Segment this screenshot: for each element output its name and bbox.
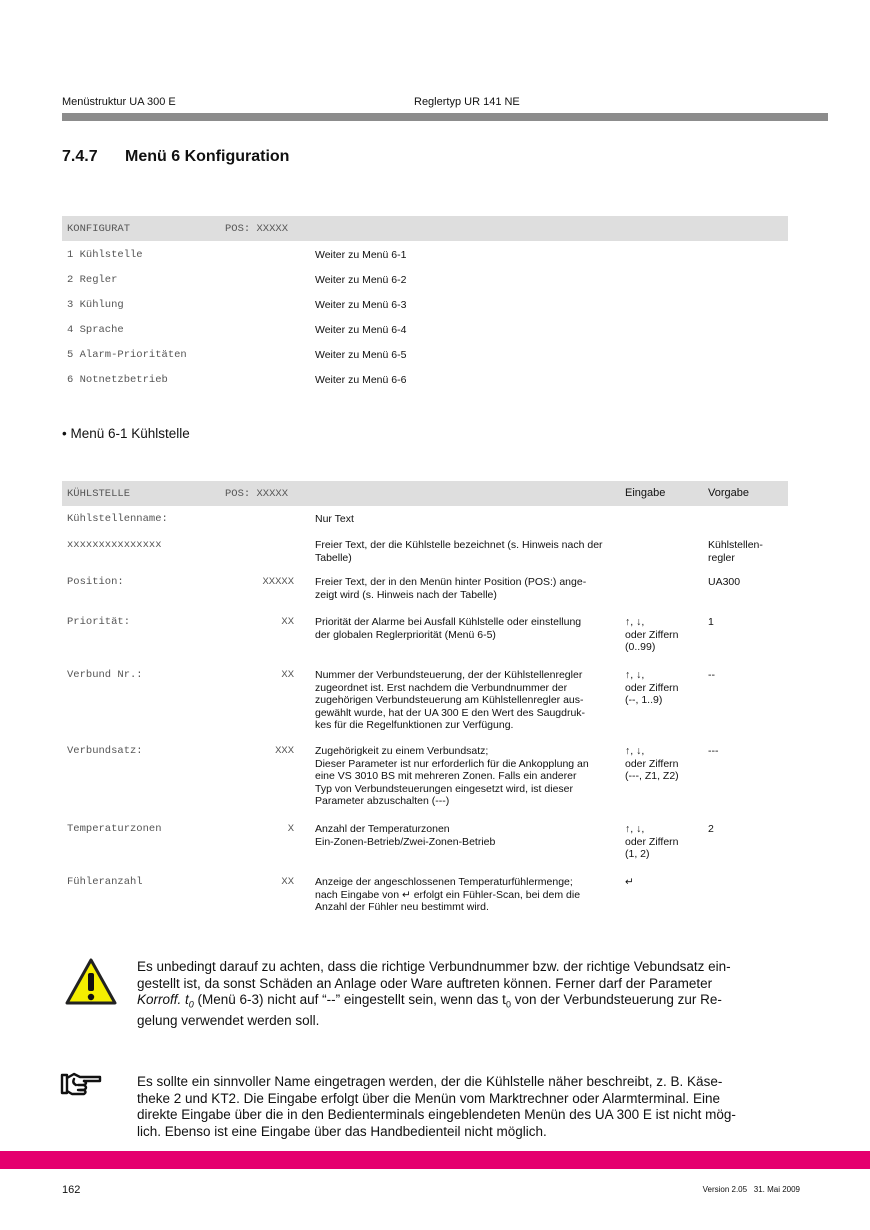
config-item-label: 2 Regler [67, 274, 117, 286]
parameter-name: Fühleranzahl [67, 876, 143, 888]
header-divider-bar [62, 113, 828, 121]
parameter-input-method: ↑, ↓, oder Ziffern (---, Z1, Z2) [625, 745, 679, 783]
parameter-name: Verbund Nr.: [67, 669, 143, 681]
parameter-description: Anzeige der angeschlossenen Temperaturfü… [315, 876, 615, 914]
submenu-heading: • Menü 6-1 Kühlstelle [62, 426, 190, 441]
config-header-name: KONFIGURAT [67, 223, 130, 235]
parameter-name-korroff: Korroff. t [137, 992, 189, 1007]
warning-line-3-text: (Menü 6-3) nicht auf “--” eingestellt se… [194, 992, 506, 1007]
config-item-action: Weiter zu Menü 6-5 [315, 349, 406, 362]
warning-line-3-end: von der Verbundsteuerung zur Re- [511, 992, 722, 1007]
parameter-name: Temperaturzonen [67, 823, 162, 835]
hint-note-text: Es sollte ein sinnvoller Name eingetrage… [137, 1074, 797, 1140]
footer-accent-bar [0, 1151, 870, 1169]
config-header-pos: POS: XXXXX [225, 223, 288, 235]
parameter-name: xxxxxxxxxxxxxxx [67, 539, 162, 551]
kuehlstelle-header-name: KÜHLSTELLE [67, 488, 130, 500]
parameter-default: -- [708, 669, 715, 682]
warning-triangle-icon [65, 958, 117, 1006]
parameter-name: Kühlstellenname: [67, 513, 168, 525]
parameter-input-method: ↑, ↓, oder Ziffern (1, 2) [625, 823, 679, 861]
page-number: 162 [62, 1184, 80, 1196]
parameter-default: 2 [708, 823, 714, 836]
parameter-description: Anzahl der Temperaturzonen Ein-Zonen-Bet… [315, 823, 615, 848]
config-item-label: 4 Sprache [67, 324, 124, 336]
parameter-default: Kühlstellen- regler [708, 539, 763, 564]
section-number: 7.4.7 [62, 148, 125, 166]
header-controller-type: Reglertyp UR 141 NE [414, 96, 520, 108]
parameter-name: Priorität: [67, 616, 130, 628]
kuehlstelle-header-input: Eingabe [625, 487, 665, 500]
parameter-value-mask: XXX [200, 745, 294, 757]
parameter-description: Freier Text, der die Kühlstelle bezeichn… [315, 539, 615, 564]
parameter-name: Verbundsatz: [67, 745, 143, 757]
parameter-input-method: ↵ [625, 876, 634, 889]
parameter-description: Freier Text, der in den Menün hinter Pos… [315, 576, 615, 601]
warning-line-4: gelung verwendet werden soll. [137, 1013, 797, 1030]
config-item-action: Weiter zu Menü 6-4 [315, 324, 406, 337]
parameter-value-mask: XX [200, 616, 294, 628]
config-item-label: 6 Notnetzbetrieb [67, 374, 168, 386]
config-item-label: 3 Kühlung [67, 299, 124, 311]
parameter-description: Priorität der Alarme bei Ausfall Kühlste… [315, 616, 615, 641]
parameter-value-mask: XX [200, 669, 294, 681]
parameter-default: --- [708, 745, 719, 758]
warning-line-1: Es unbedingt darauf zu achten, dass die … [137, 959, 797, 976]
config-item-label: 1 Kühlstelle [67, 249, 143, 261]
config-item-action: Weiter zu Menü 6-2 [315, 274, 406, 287]
config-table-header: KONFIGURAT POS: XXXXX [62, 216, 788, 241]
warning-line-3: Korroff. t0 (Menü 6-3) nicht auf “--” ei… [137, 992, 797, 1013]
parameter-input-method: ↑, ↓, oder Ziffern (--, 1..9) [625, 669, 679, 707]
parameter-description: Zugehörigkeit zu einem Verbundsatz; Dies… [315, 745, 615, 808]
parameter-default: 1 [708, 616, 714, 629]
warning-note-text: Es unbedingt darauf zu achten, dass die … [137, 959, 797, 1030]
pointing-hand-icon [60, 1070, 104, 1098]
parameter-default: UA300 [708, 576, 740, 589]
kuehlstelle-header-default: Vorgabe [708, 487, 749, 500]
kuehlstelle-table-header: KÜHLSTELLE POS: XXXXX Eingabe Vorgabe [62, 481, 788, 506]
config-item-action: Weiter zu Menü 6-6 [315, 374, 406, 387]
parameter-value-mask: XX [200, 876, 294, 888]
warning-line-2: gestellt ist, da sonst Schäden an Anlage… [137, 976, 797, 993]
parameter-value-mask: X [200, 823, 294, 835]
parameter-input-method: ↑, ↓, oder Ziffern (0..99) [625, 616, 679, 654]
config-item-action: Weiter zu Menü 6-3 [315, 299, 406, 312]
parameter-name: Position: [67, 576, 124, 588]
config-item-action: Weiter zu Menü 6-1 [315, 249, 406, 262]
version-date: Version 2.05 31. Mai 2009 [703, 1185, 800, 1194]
parameter-value-mask: XXXXX [200, 576, 294, 588]
kuehlstelle-header-pos: POS: XXXXX [225, 488, 288, 500]
header-document-title: Menüstruktur UA 300 E [62, 96, 176, 108]
section-title: 7.4.7Menü 6 Konfiguration [62, 148, 289, 166]
config-item-label: 5 Alarm-Prioritäten [67, 349, 187, 361]
parameter-description: Nummer der Verbundsteuerung, der der Küh… [315, 669, 615, 732]
section-title-text: Menü 6 Konfiguration [125, 148, 289, 165]
parameter-description: Nur Text [315, 513, 615, 526]
